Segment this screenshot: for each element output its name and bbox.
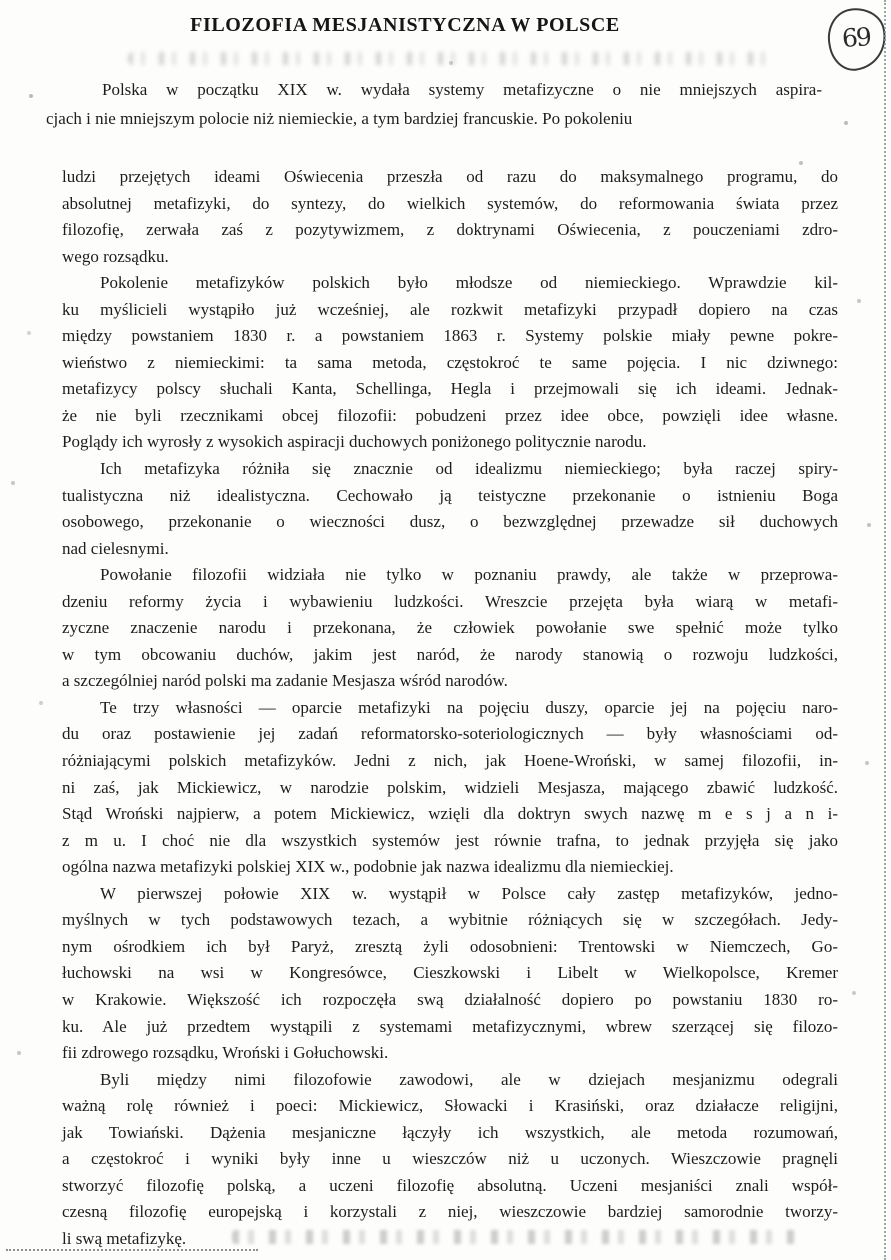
- text-line: nym ośrodkiem ich był Paryż, zresztą żyl…: [62, 934, 838, 961]
- text-line: z m u. I choć nie dla wszystkich systemó…: [62, 828, 838, 855]
- text-line: tualistyczna niż idealistyczna. Cechował…: [62, 483, 838, 510]
- paragraph: Pokolenie metafizyków polskich było młod…: [62, 270, 838, 456]
- text-line: a szczególniej naród polski ma zadanie M…: [62, 668, 838, 695]
- page-number: 69: [841, 22, 871, 53]
- paragraph: W pierwszej połowie XIX w. wystąpił w Po…: [62, 881, 838, 1067]
- text-line: wego rozsądku.: [62, 244, 838, 271]
- text-line: ważną rolę również i poeci: Mickiewicz, …: [62, 1093, 838, 1120]
- text-line: ludzi przejętych ideami Oświecenia przes…: [62, 164, 838, 191]
- text-line: dzeniu reformy życia i wybawieniu ludzko…: [62, 589, 838, 616]
- text-line: Poglądy ich wyrosły z wysokich aspiracji…: [62, 429, 838, 456]
- text-line: metafizycy polscy słuchali Kanta, Schell…: [62, 376, 838, 403]
- text-line: ni zaś, jak Mickiewicz, w narodzie polsk…: [62, 775, 838, 802]
- text-line: Stąd Wroński najpierw, a potem Mickiewic…: [62, 801, 838, 828]
- text-line: stworzyć filozofię polską, a uczeni filo…: [62, 1173, 838, 1200]
- scan-smudge-artifact: [232, 1230, 797, 1244]
- text-line: różniającymi polskich metafizyków. Jedni…: [62, 748, 838, 775]
- text-line: zyczne znaczenie narodu i przekonana, że…: [62, 615, 838, 642]
- text-line: cjach i nie mniejszym polocie niż niemie…: [46, 105, 822, 134]
- scan-edge-line-bottom: [6, 1249, 258, 1251]
- paragraph: Powołanie filozofii widziała nie tylko w…: [62, 562, 838, 695]
- handwritten-page-number-badge: 69: [823, 3, 891, 74]
- text-line: Te trzy własności — oparcie metafizyki n…: [62, 695, 838, 722]
- text-line: ku. Ale już przedtem wystąpili z systema…: [62, 1014, 838, 1041]
- text-line: Pokolenie metafizyków polskich było młod…: [62, 270, 838, 297]
- paragraph: Byli między nimi filozofowie zawodowi, a…: [62, 1067, 838, 1253]
- text-line: myślnych w tych podstawowych tezach, a w…: [62, 907, 838, 934]
- text-line: du oraz postawienie jej zadań reformator…: [62, 721, 838, 748]
- text-line: jak Towiański. Dążenia mesjaniczne łączy…: [62, 1120, 838, 1147]
- text-line: Polska w początku XIX w. wydała systemy …: [46, 76, 822, 105]
- text-line: między powstaniem 1830 r. a powstaniem 1…: [62, 323, 838, 350]
- text-line: ku myślicieli wystąpiło już wcześniej, a…: [62, 297, 838, 324]
- scan-noise-dots: [0, 0, 2, 2]
- text-line: nad cielesnymi.: [62, 536, 838, 563]
- page-title: FILOZOFIA MESJANISTYCZNA W POLSCE: [60, 14, 750, 37]
- text-line: czesną filozofię europejską i korzystali…: [62, 1199, 838, 1226]
- text-line: w Krakowie. Większość ich rozpoczęła swą…: [62, 987, 838, 1014]
- text-line: Ich metafizyka różniła się znacznie od i…: [62, 456, 838, 483]
- paragraph: Te trzy własności — oparcie metafizyki n…: [62, 695, 838, 881]
- text-line: osobowego, przekonanie o wieczności dusz…: [62, 509, 838, 536]
- text-line: fii zdrowego rozsądku, Wroński i Gołucho…: [62, 1040, 838, 1067]
- paragraph: Ich metafizyka różniła się znacznie od i…: [62, 456, 838, 562]
- paragraph: Polska w początku XIX w. wydała systemy …: [46, 76, 822, 133]
- text-line: w tym obcowaniu duchów, jakim jest naród…: [62, 642, 838, 669]
- text-line: wieństwo z niemieckimi: ta sama metoda, …: [62, 350, 838, 377]
- paragraph: ludzi przejętych ideami Oświecenia przes…: [62, 164, 838, 270]
- scan-smudge-artifact: [128, 52, 773, 65]
- text-line: że nie byli rzecznikami obcej filozofii:…: [62, 403, 838, 430]
- text-line: Powołanie filozofii widziała nie tylko w…: [62, 562, 838, 589]
- text-line: absolutnej metafizyki, do syntezy, do wi…: [62, 191, 838, 218]
- text-line: W pierwszej połowie XIX w. wystąpił w Po…: [62, 881, 838, 908]
- text-line: filozofię, zerwała zaś z pozytywizmem, z…: [62, 217, 838, 244]
- body-text-block: ludzi przejętych ideami Oświecenia przes…: [62, 164, 838, 1252]
- text-line: łuchowski na wsi w Kongresówce, Cieszkow…: [62, 960, 838, 987]
- scan-edge-line-right: [884, 0, 886, 1260]
- text-line: Byli między nimi filozofowie zawodowi, a…: [62, 1067, 838, 1094]
- text-line: ogólna nazwa metafizyki polskiej XIX w.,…: [62, 854, 838, 881]
- text-line: a częstokroć i wyniki były inne u wieszc…: [62, 1146, 838, 1173]
- scanned-book-page: FILOZOFIA MESJANISTYCZNA W POLSCE 69 Pol…: [0, 0, 891, 1260]
- intro-paragraph-block: Polska w początku XIX w. wydała systemy …: [46, 76, 822, 133]
